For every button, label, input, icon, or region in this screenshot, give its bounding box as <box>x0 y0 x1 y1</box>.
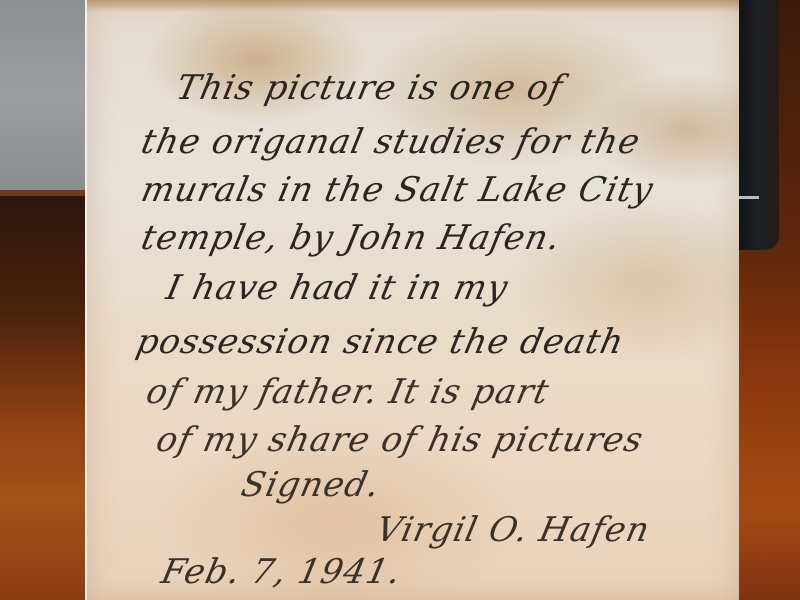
note-line-8: of my share of his pictures <box>153 420 647 460</box>
note-line-2: the origanal studies for the <box>138 122 644 162</box>
note-text: This picture is one of the origanal stud… <box>87 0 739 600</box>
note-signature: Virgil O. Hafen <box>373 510 654 550</box>
note-line-7: of my father. It is part <box>143 372 553 412</box>
note-line-4: temple, by John Hafen. <box>138 218 565 258</box>
note-line-1: This picture is one of <box>173 68 567 108</box>
handwritten-note: This picture is one of the origanal stud… <box>85 0 739 600</box>
note-date: Feb. 7, 1941. <box>158 552 405 592</box>
dark-device <box>737 0 779 250</box>
wooden-desk-left <box>0 190 88 600</box>
note-line-6: possession since the death <box>133 322 628 362</box>
note-line-3: murals in the Salt Lake City <box>138 170 657 210</box>
laptop-corner <box>0 0 88 196</box>
note-line-signed: Signed. <box>238 465 384 505</box>
device-clip <box>737 196 759 199</box>
note-line-5: I have had it in my <box>163 268 512 308</box>
